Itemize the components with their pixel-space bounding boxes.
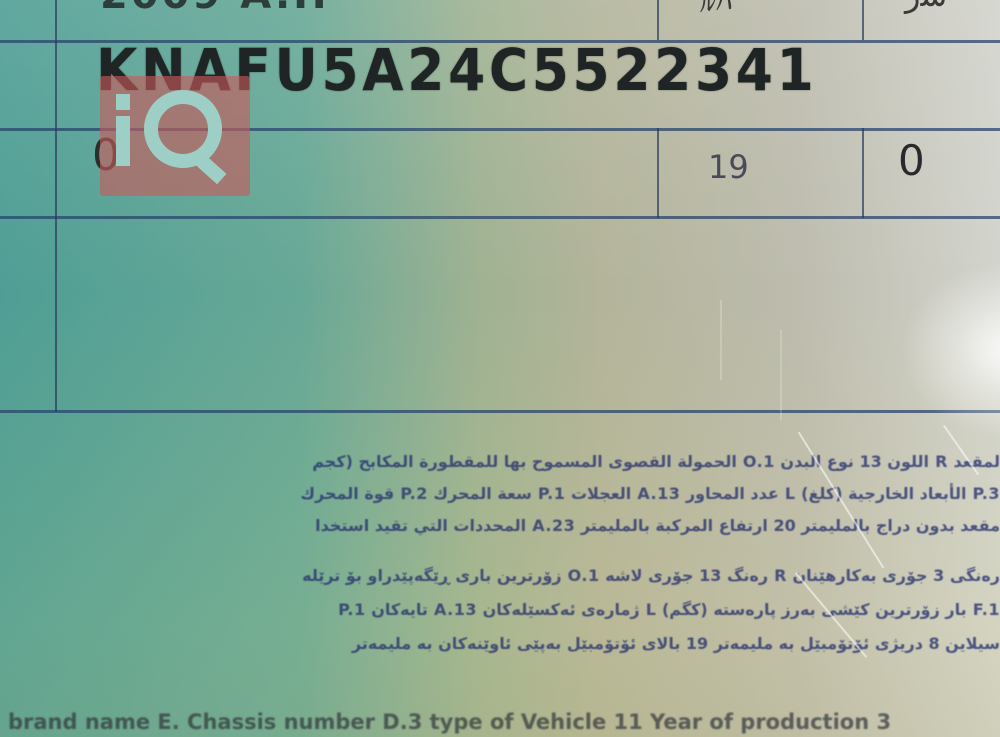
table-rule	[862, 128, 864, 218]
laminate-glare	[900, 260, 1000, 440]
table-rule	[0, 410, 1000, 413]
production-year-value: 2009 A.H	[100, 0, 330, 18]
laminate-scratch	[780, 330, 782, 420]
arabic-legend-line-3: مقعد بدون دراج بالمليمتر 20 ارتفاع المرك…	[315, 516, 1000, 535]
kurdish-legend-line-2: F.1 بار زۆرترین کێشی بەرز پارەستە (کگم) …	[338, 600, 1000, 619]
kurdish-legend-line-1: رەنگی 3 جۆری بەکارهێنان R رەنگ 13 جۆری ل…	[302, 566, 1000, 585]
table-rule	[0, 216, 1000, 219]
table-rule	[862, 0, 864, 40]
top-right-cell-value: ﺳﺭ	[905, 0, 947, 14]
laminate-scratch	[720, 300, 722, 380]
table-rule	[657, 128, 659, 218]
kurdish-legend-line-3: سیلاین 8 دریژی ئۆتۆمبێل بە ملیمەتر 19 با…	[352, 634, 1000, 653]
logo-q-ring-shape	[144, 90, 222, 168]
logo-i-dot-shape	[116, 94, 130, 110]
top-mid-cell-value: ﾙﾊ	[700, 0, 732, 22]
arabic-legend-line-1: لمقعد R اللون 13 نوع البدن O.1 الحمولة ا…	[312, 452, 1000, 471]
arabic-legend-line-2: P.3 الأبعاد الخارجية (كلغ) L عدد المحاور…	[300, 484, 1000, 503]
table-rule	[55, 0, 57, 412]
logo-i-stem-shape	[116, 116, 130, 166]
table-rule	[657, 0, 659, 40]
third-row-mid-value: 19	[708, 148, 749, 186]
english-legend-line: brand name E. Chassis number D.3 type of…	[8, 710, 891, 734]
iq-watermark-logo	[100, 76, 250, 196]
third-row-right-value: 0	[898, 136, 925, 185]
